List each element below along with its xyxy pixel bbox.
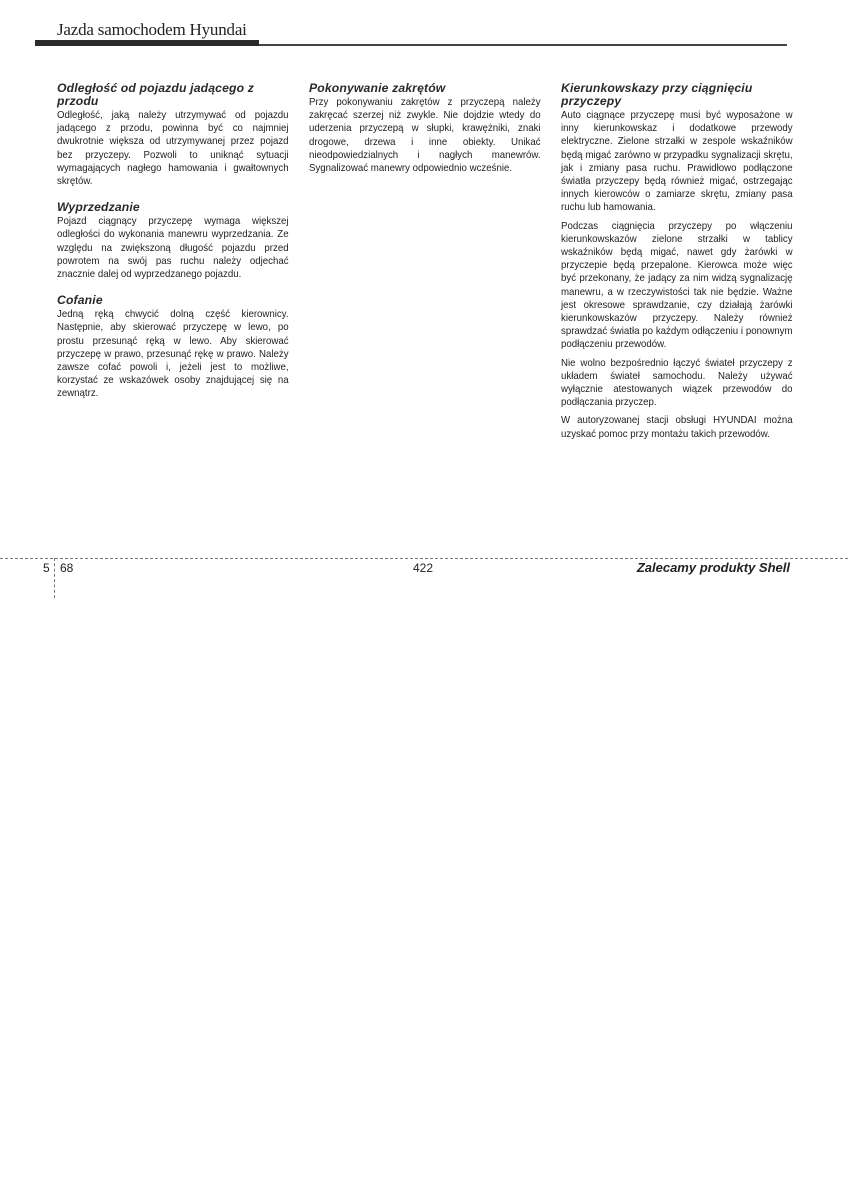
header-rule-thick (35, 40, 259, 46)
section-heading: Cofanie (57, 294, 289, 307)
section-heading: Kierunkowskazy przy ciągnięciu przyczepy (561, 82, 793, 108)
section-paragraph: Przy pokonywaniu zakrętów z przyczepą na… (309, 96, 541, 175)
header-rule-thin (259, 44, 787, 46)
header-title: Jazda samochodem Hyundai (57, 20, 247, 40)
section-overtaking: Wyprzedzanie Pojazd ciągnący przyczepę w… (57, 201, 289, 281)
section-paragraph: W autoryzowanej stacji obsługi HYUNDAI m… (561, 414, 793, 440)
section-paragraph: Nie wolno bezpośrednio łączyć świateł pr… (561, 357, 793, 410)
footer-dashed-rule (0, 558, 848, 559)
footer-center-number: 422 (413, 561, 433, 575)
section-paragraph: Jedną ręką chwycić dolną część kierownic… (57, 308, 289, 400)
section-paragraph: Pojazd ciągnący przyczepę wymaga większe… (57, 215, 289, 281)
section-paragraph: Odległość, jaką należy utrzymywać od poj… (57, 109, 289, 188)
section-reversing: Cofanie Jedną ręką chwycić dolną część k… (57, 294, 289, 400)
section-turn-signals: Kierunkowskazy przy ciągnięciu przyczepy… (561, 82, 793, 441)
footer-promo-text: Zalecamy produkty Shell (637, 560, 790, 575)
footer-page-number: 68 (60, 561, 73, 575)
footer-chapter-number: 5 (43, 561, 50, 575)
section-paragraph: Podczas ciągnięcia przyczepy po włączeni… (561, 220, 793, 352)
section-following-distance: Odległość od pojazdu jadącego z przodu O… (57, 82, 289, 188)
section-heading: Wyprzedzanie (57, 201, 289, 214)
footer-vertical-dashed-rule (54, 558, 55, 598)
section-heading: Pokonywanie zakrętów (309, 82, 541, 95)
section-heading: Odległość od pojazdu jadącego z przodu (57, 82, 289, 108)
column-left: Odległość od pojazdu jadącego z przodu O… (57, 82, 289, 414)
column-middle: Pokonywanie zakrętów Przy pokonywaniu za… (309, 82, 541, 188)
section-turning: Pokonywanie zakrętów Przy pokonywaniu za… (309, 82, 541, 175)
column-right: Kierunkowskazy przy ciągnięciu przyczepy… (561, 82, 793, 454)
section-paragraph: Auto ciągnące przyczepę musi być wyposaż… (561, 109, 793, 215)
